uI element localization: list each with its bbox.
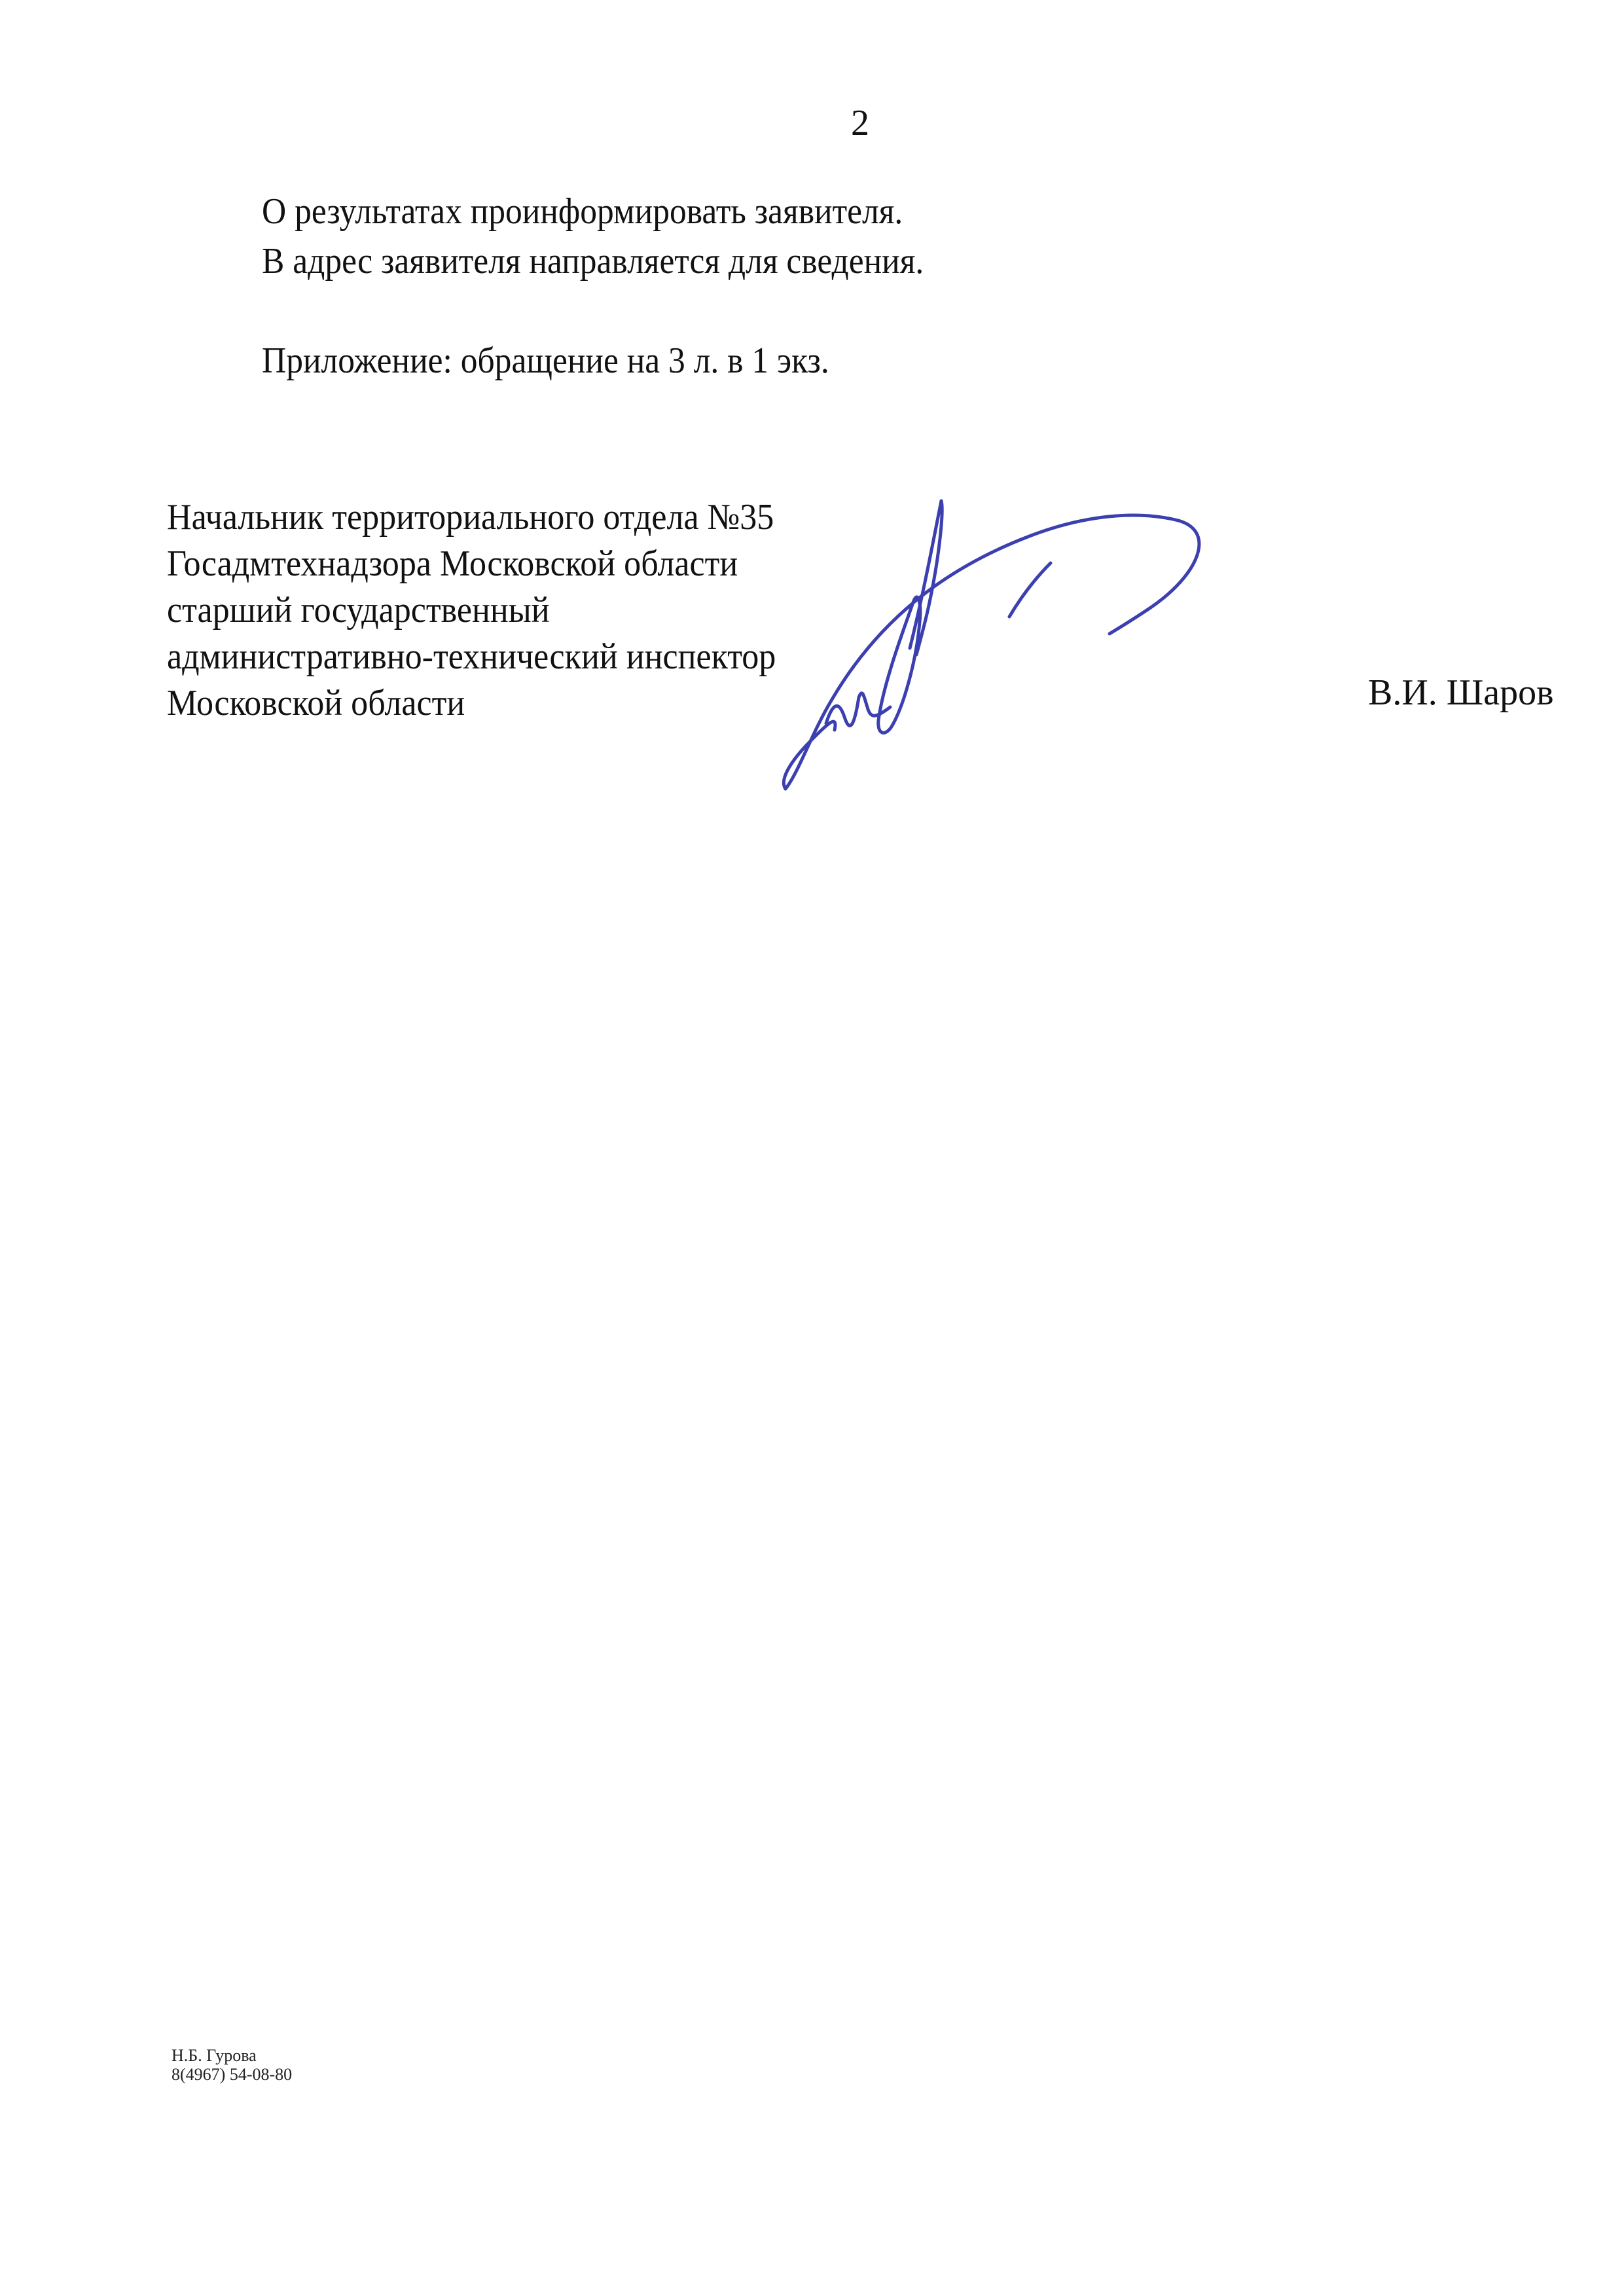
signer-name: В.И. Шаров	[1368, 671, 1554, 715]
signatory-title-line: старший государственный	[167, 587, 776, 634]
document-page: 2 О результатах проинформировать заявите…	[0, 0, 1624, 2296]
executor-phone: 8(4967) 54-08-80	[171, 2065, 292, 2084]
attachment-note: Приложение: обращение на 3 л. в 1 экз.	[262, 336, 924, 386]
executor-name: Н.Б. Гурова	[171, 2046, 292, 2065]
signatory-title: Начальник территориального отдела №35 Го…	[167, 494, 776, 727]
paragraph-sent-to-applicant: В адрес заявителя направляется для сведе…	[262, 236, 924, 286]
page-number: 2	[851, 105, 869, 141]
signatory-title-line: Московской области	[167, 680, 776, 727]
signatory-title-line: административно-технический инспектор	[167, 634, 776, 680]
signatory-title-line: Госадмтехнадзора Московской области	[167, 541, 776, 587]
body-text: О результатах проинформировать заявителя…	[262, 187, 924, 386]
signatory-title-line: Начальник территориального отдела №35	[167, 494, 776, 541]
paragraph-inform-applicant: О результатах проинформировать заявителя…	[262, 187, 924, 236]
handwritten-signature-icon	[772, 471, 1591, 812]
executor-info: Н.Б. Гурова 8(4967) 54-08-80	[171, 2046, 292, 2084]
